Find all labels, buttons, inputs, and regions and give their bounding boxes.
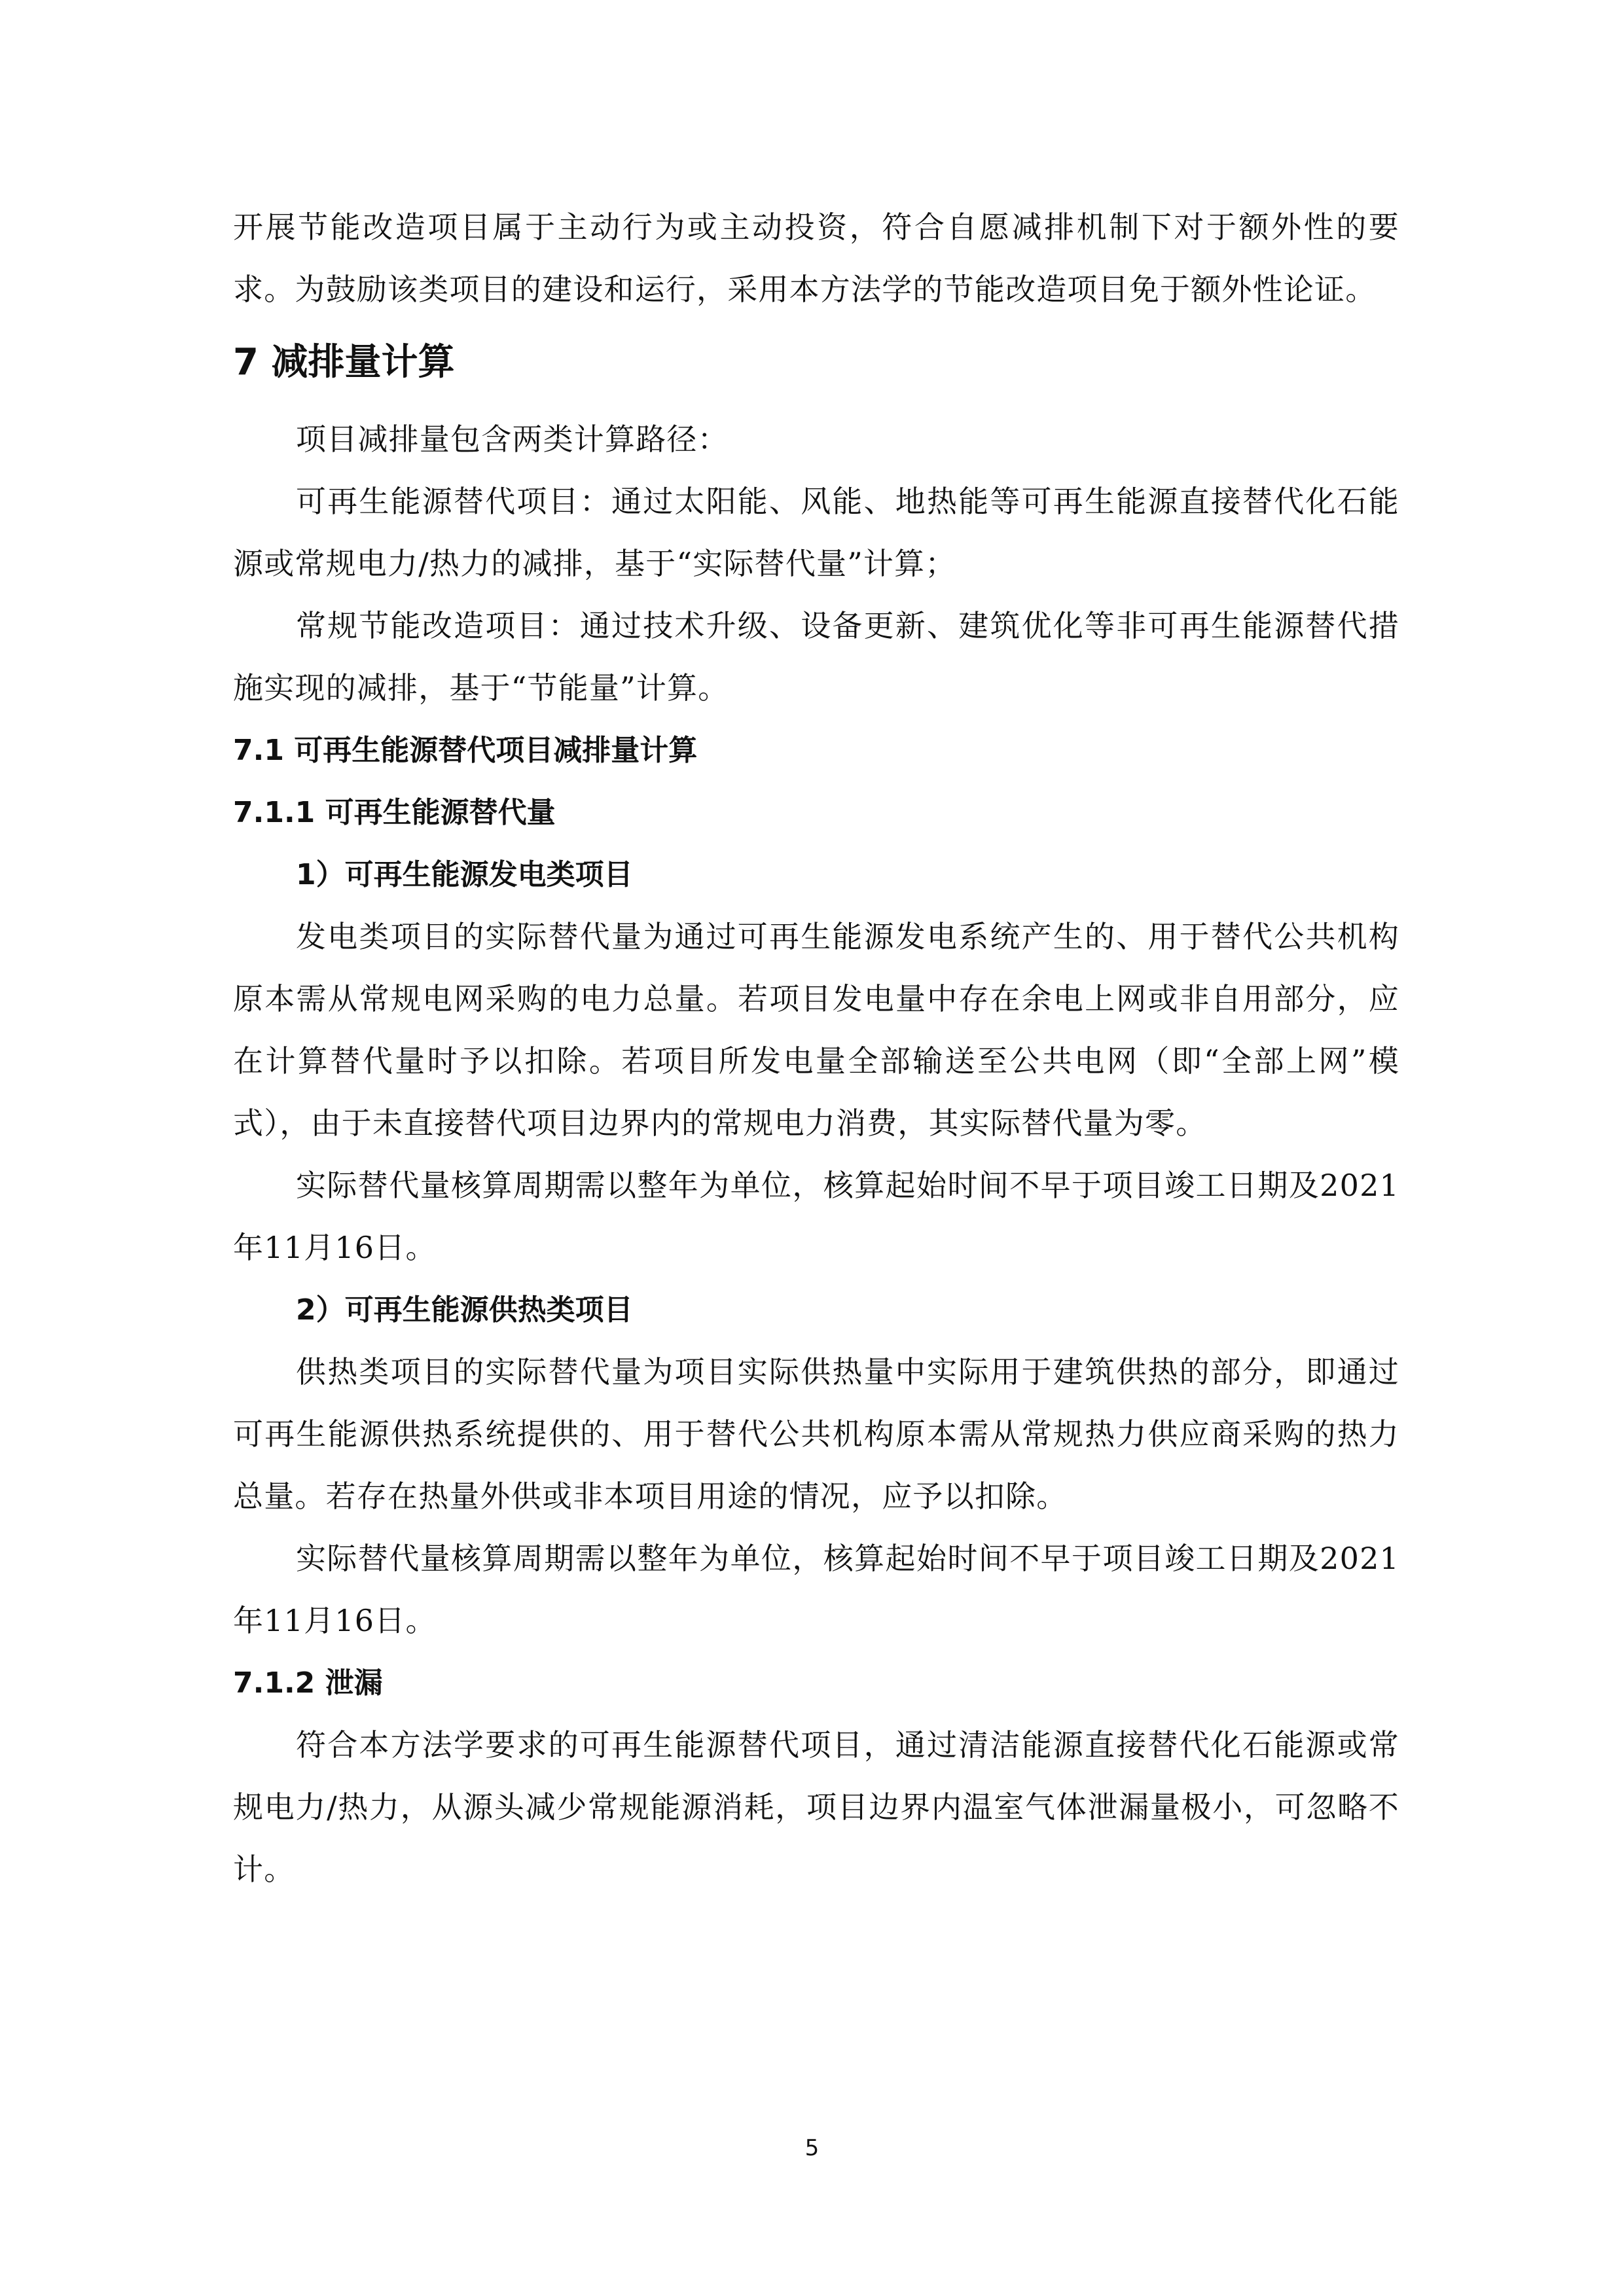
section-heading-7-1: 7.1 可再生能源替代项目减排量计算 [233, 719, 1399, 781]
section-heading-7-1-1: 7.1.1 可再生能源替代量 [233, 781, 1399, 844]
section-heading-7-1-2: 7.1.2 泄漏 [233, 1652, 1399, 1714]
body-paragraph: 发电类项目的实际替代量为通过可再生能源发电系统产生的、用于替代公共机构原本需从常… [233, 906, 1399, 1155]
body-paragraph: 实际替代量核算周期需以整年为单位，核算起始时间不早于项目竣工日期及2021年11… [233, 1155, 1399, 1279]
item-heading-heat: 2）可再生能源供热类项目 [233, 1279, 1399, 1341]
body-paragraph: 符合本方法学要求的可再生能源替代项目，通过清洁能源直接替代化石能源或常规电力/热… [233, 1714, 1399, 1901]
body-paragraph: 常规节能改造项目：通过技术升级、设备更新、建筑优化等非可再生能源替代措施实现的减… [233, 595, 1399, 719]
body-paragraph: 供热类项目的实际替代量为项目实际供热量中实际用于建筑供热的部分，即通过可再生能源… [233, 1341, 1399, 1528]
document-page: 开展节能改造项目属于主动行为或主动投资，符合自愿减排机制下对于额外性的要求。为鼓… [233, 196, 1399, 1901]
page-number: 5 [0, 2135, 1624, 2161]
body-paragraph: 开展节能改造项目属于主动行为或主动投资，符合自愿减排机制下对于额外性的要求。为鼓… [233, 196, 1399, 321]
body-paragraph: 实际替代量核算周期需以整年为单位，核算起始时间不早于项目竣工日期及2021年11… [233, 1528, 1399, 1652]
body-paragraph: 项目减排量包含两类计算路径： [233, 408, 1399, 471]
section-heading-7: 7 减排量计算 [233, 343, 1399, 382]
body-paragraph: 可再生能源替代项目：通过太阳能、风能、地热能等可再生能源直接替代化石能源或常规电… [233, 471, 1399, 595]
item-heading-power: 1）可再生能源发电类项目 [233, 844, 1399, 906]
